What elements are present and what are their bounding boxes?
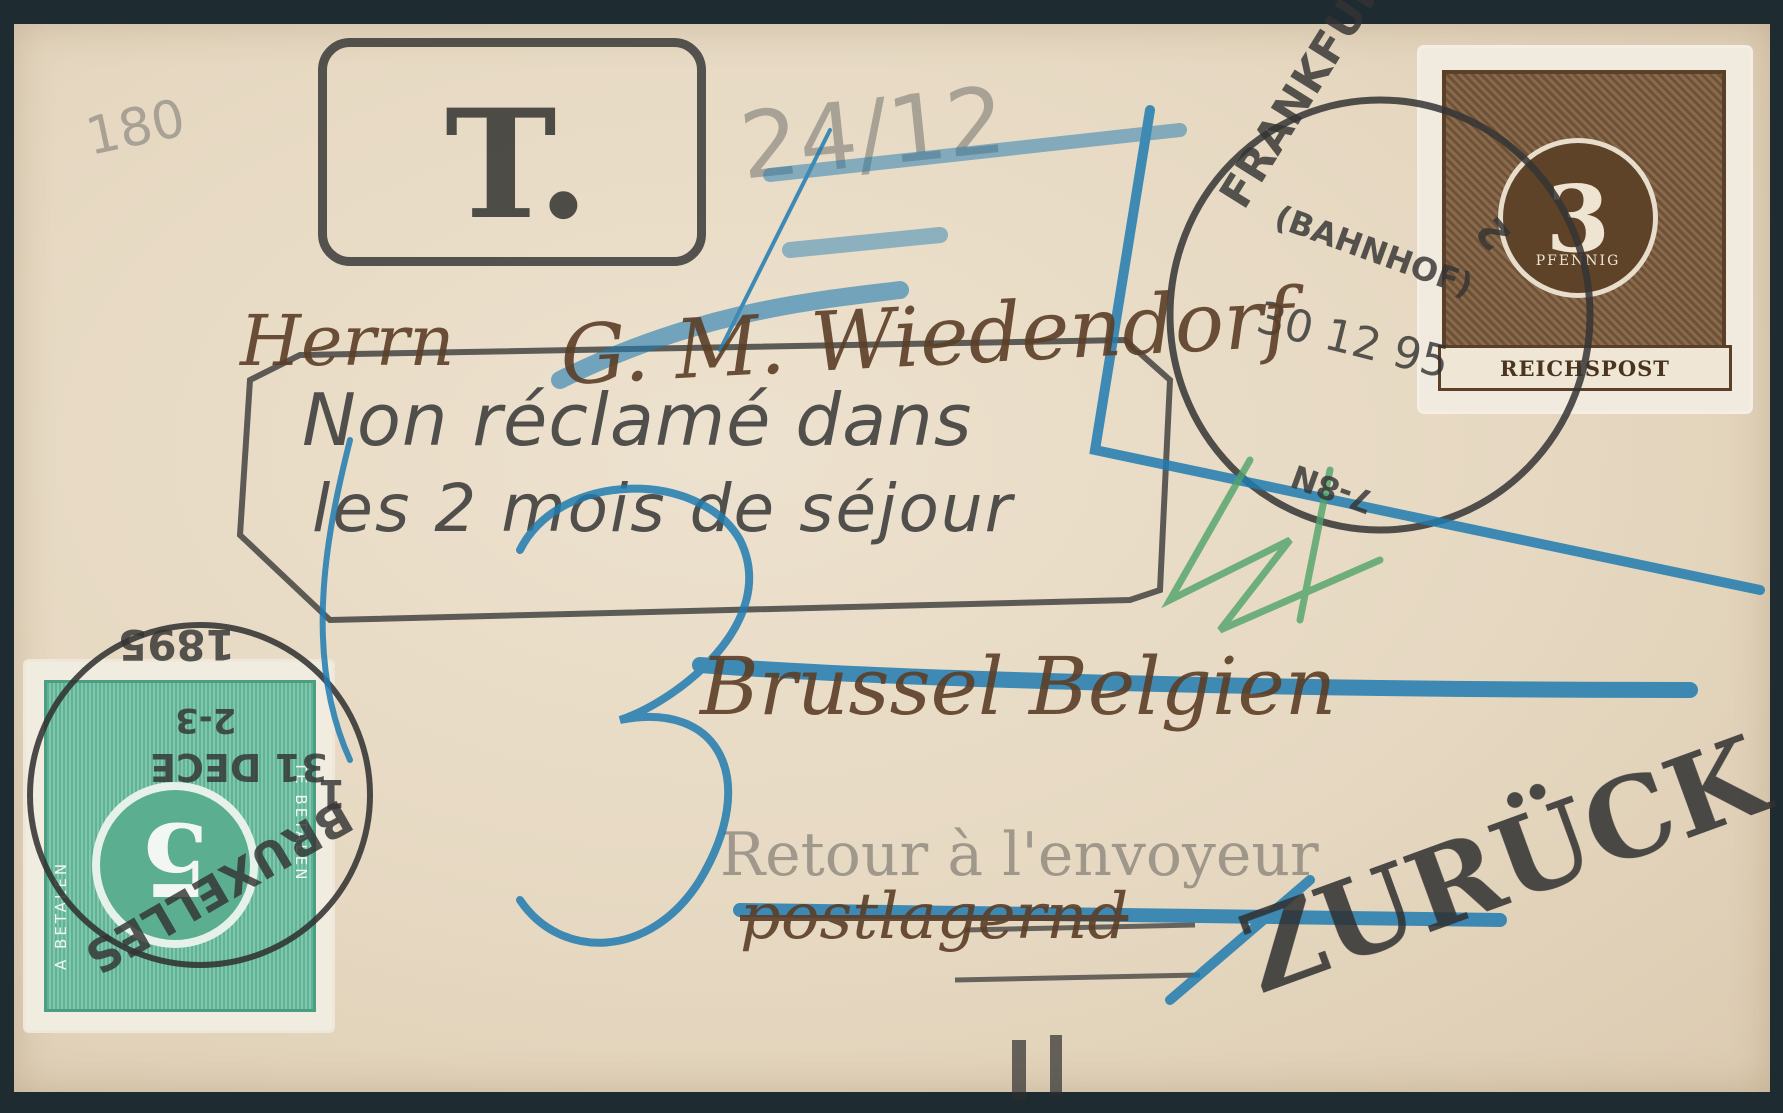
bruxelles-postmark-number: 1	[318, 770, 346, 816]
address-city: Brussel Belgien	[700, 640, 1336, 733]
tax-handstamp-box: T.	[318, 38, 706, 266]
german-reichspost-stamp: 3 PFENNIG REICHSPOST	[1420, 48, 1750, 411]
address-remark: postlagernd	[740, 880, 1128, 954]
bruxelles-postmark-time: 2-3	[175, 700, 236, 740]
stamp-inscription: REICHSPOST	[1500, 356, 1670, 381]
bruxelles-postmark-year: 1895	[118, 620, 235, 669]
tax-handstamp-letter: T.	[445, 77, 590, 253]
unclaimed-handstamp-line-2: les 2 mois de séjour	[312, 470, 1014, 547]
address-salutation: Herrn	[240, 300, 454, 382]
stamp-side-text-left: A BETALEN	[52, 762, 72, 970]
stamp-inscription-band: REICHSPOST	[1438, 345, 1732, 391]
bruxelles-postmark-date: 31 DECE	[150, 745, 327, 789]
stamp-denomination: PFENNIG	[1503, 253, 1653, 269]
stamp-value-medallion: 3 PFENNIG	[1498, 138, 1658, 298]
